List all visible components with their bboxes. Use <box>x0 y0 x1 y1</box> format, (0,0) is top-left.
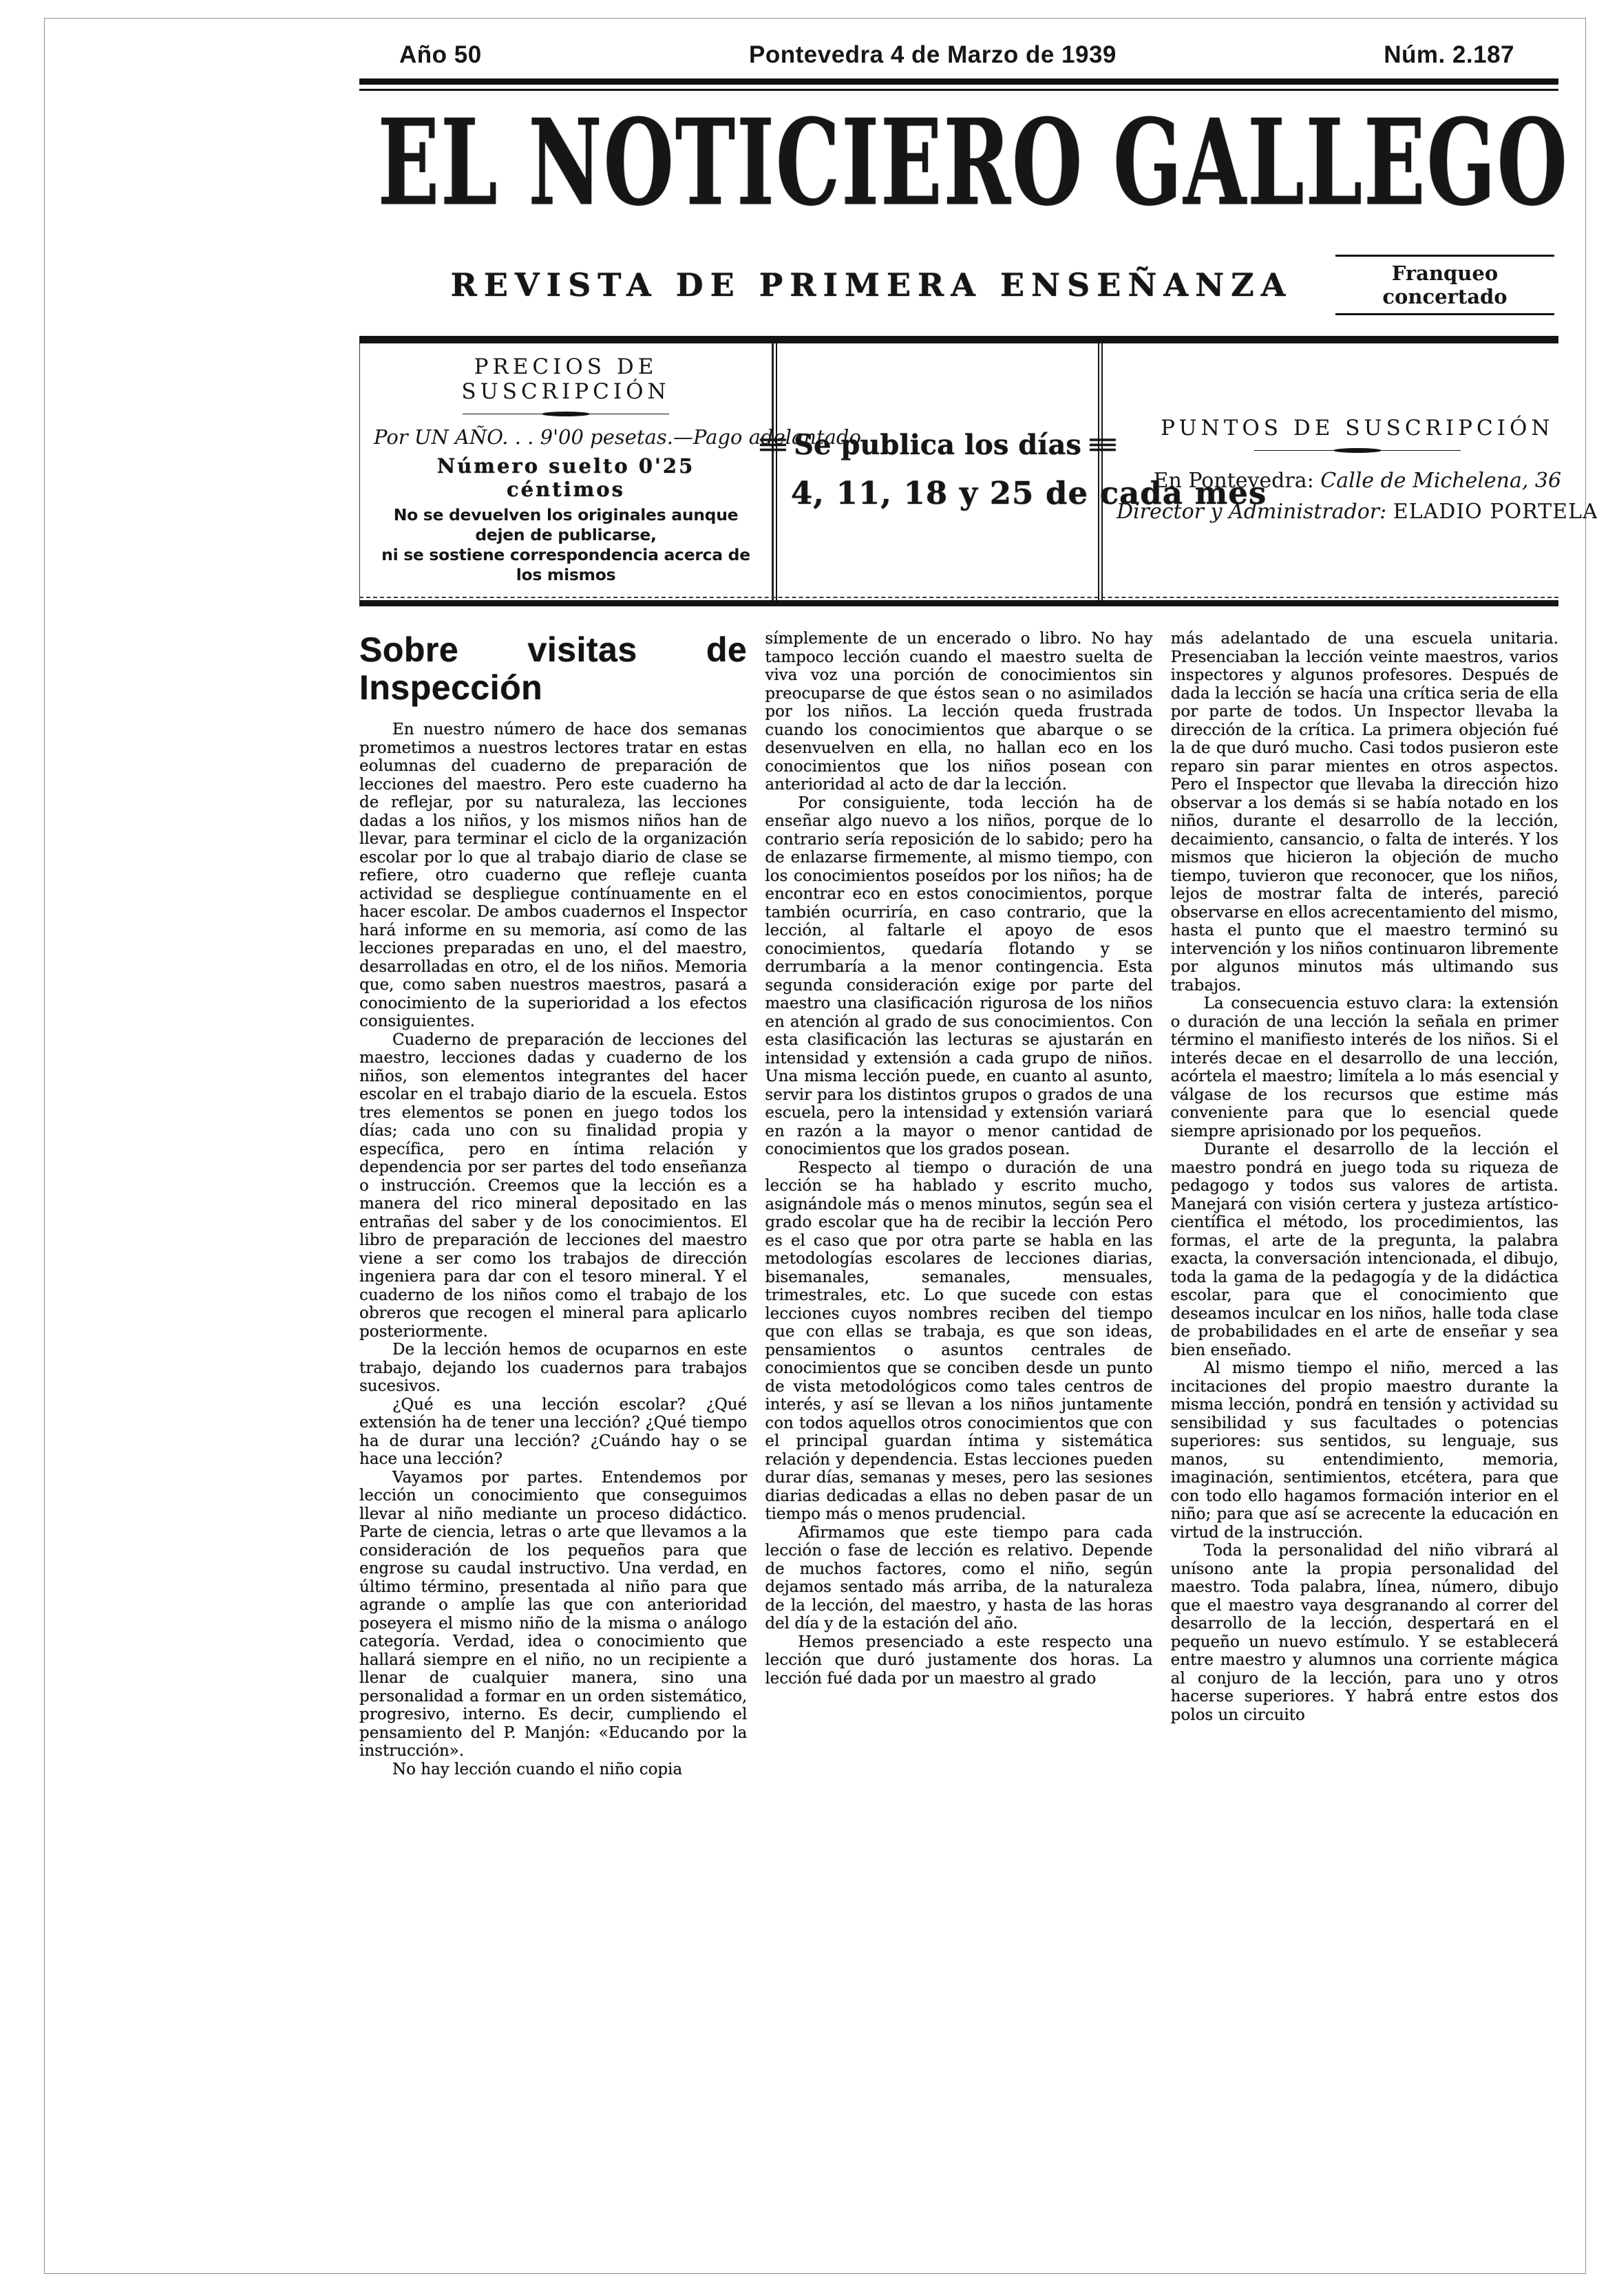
article-paragraph: No hay lección cuando el niño copia <box>359 1761 747 1779</box>
article-column-2: símplemente de un encerado o libro. No h… <box>765 630 1152 1778</box>
director-line: Director y Administrador: ELADIO PORTELA <box>1117 500 1597 524</box>
dateline-rule-thin <box>359 89 1558 91</box>
article-paragraph: más adelantado de una escuela unitaria. … <box>1171 630 1558 995</box>
director-label: Director y Administrador: <box>1117 500 1386 524</box>
schedule-box: ≡ Se publica los días ≡ 4, 11, 18 y 25 d… <box>772 343 1103 600</box>
article-headline: Sobre visitas de Inspección <box>359 631 747 707</box>
article-columns: Sobre visitas de Inspección En nuestro n… <box>359 630 1558 1778</box>
address-value: Calle de Michelena, 36 <box>1320 469 1561 493</box>
dateline-issue: Núm. 2.187 <box>1384 41 1514 69</box>
article-paragraph: Vayamos por partes. Entendemos por lecci… <box>359 1469 747 1761</box>
article-paragraph: De la lección hemos de ocuparnos en este… <box>359 1341 747 1396</box>
article-paragraph: Afirmamos que este tiempo para cada lecc… <box>765 1524 1152 1633</box>
notice-line-2: ni se sostiene correspondencia acerca de… <box>374 545 758 585</box>
column-1-text: En nuestro número de hace dos semanas pr… <box>359 721 747 1778</box>
triple-bar-icon: ≡ <box>1086 429 1120 460</box>
schedule-heading-row: ≡ Se publica los días ≡ <box>791 429 1084 461</box>
address-line: En Pontevedra: Calle de Michelena, 36 <box>1117 469 1597 493</box>
masthead-title: EL NOTICIERO GALLEGO <box>378 103 1569 222</box>
dateline-year: Año 50 <box>399 41 482 69</box>
points-box: PUNTOS DE SUSCRIPCIÓN En Pontevedra: Cal… <box>1103 343 1597 600</box>
article-paragraph: Al mismo tiempo el niño, merced a las in… <box>1171 1359 1558 1542</box>
masthead-subtitle: REVISTA DE PRIMERA ENSEÑANZA <box>408 266 1335 304</box>
article-paragraph: Durante el desarrollo de la lección el m… <box>1171 1140 1558 1359</box>
article-paragraph: Cuaderno de preparación de lecciones del… <box>359 1031 747 1341</box>
subscription-band: PRECIOS DE SUSCRIPCIÓN Por UN AÑO. . . 9… <box>359 336 1558 606</box>
points-title: PUNTOS DE SUSCRIPCIÓN <box>1117 416 1597 440</box>
newspaper-page: Año 50 Pontevedra 4 de Marzo de 1939 Núm… <box>0 0 1597 2296</box>
article-paragraph: Respecto al tiempo o duración de una lec… <box>765 1159 1152 1524</box>
article-paragraph: Por consiguiente, toda lección ha de ens… <box>765 794 1152 1159</box>
subtitle-row: REVISTA DE PRIMERA ENSEÑANZA Franqueo co… <box>359 255 1558 315</box>
dateline-rule-heavy <box>359 78 1558 85</box>
article-paragraph: En nuestro número de hace dos semanas pr… <box>359 721 747 1031</box>
prices-title: PRECIOS DE SUSCRIPCIÓN <box>374 354 758 404</box>
article-column-3: más adelantado de una escuela unitaria. … <box>1171 630 1558 1778</box>
price-year-line: Por UN AÑO. . . 9'00 pesetas.—Pago adela… <box>374 425 758 449</box>
dateline-date: Pontevedra 4 de Marzo de 1939 <box>482 41 1384 69</box>
schedule-days: 4, 11, 18 y 25 de cada mes <box>791 475 1084 511</box>
page-content: Año 50 Pontevedra 4 de Marzo de 1939 Núm… <box>359 41 1558 1778</box>
article-paragraph: Hemos presenciado a este respecto una le… <box>765 1633 1152 1688</box>
article-paragraph: símplemente de un encerado o libro. No h… <box>765 630 1152 794</box>
prices-box: PRECIOS DE SUSCRIPCIÓN Por UN AÑO. . . 9… <box>359 343 772 600</box>
director-value: ELADIO PORTELA <box>1393 500 1597 524</box>
tapered-divider-icon <box>1254 447 1461 454</box>
schedule-heading: Se publica los días <box>794 429 1081 461</box>
franqueo-stamp: Franqueo concertado <box>1335 255 1554 315</box>
notice-line-1: No se devuelven los originales aunque de… <box>374 505 758 545</box>
address-label: En Pontevedra: <box>1154 469 1314 493</box>
price-single-line: Número suelto 0'25 céntimos <box>374 454 758 501</box>
triple-bar-icon: ≡ <box>755 429 790 460</box>
article-paragraph: Toda la personalidad del niño vibrará al… <box>1171 1542 1558 1724</box>
article-paragraph: ¿Qué es una lección escolar? ¿Qué extens… <box>359 1396 747 1469</box>
tapered-divider-icon <box>463 411 669 417</box>
article-column-1: Sobre visitas de Inspección En nuestro n… <box>359 630 747 1778</box>
dateline: Año 50 Pontevedra 4 de Marzo de 1939 Núm… <box>359 41 1558 69</box>
article-paragraph: La consecuencia estuvo clara: la extensi… <box>1171 995 1558 1140</box>
masthead: EL NOTICIERO GALLEGO <box>359 103 1558 238</box>
